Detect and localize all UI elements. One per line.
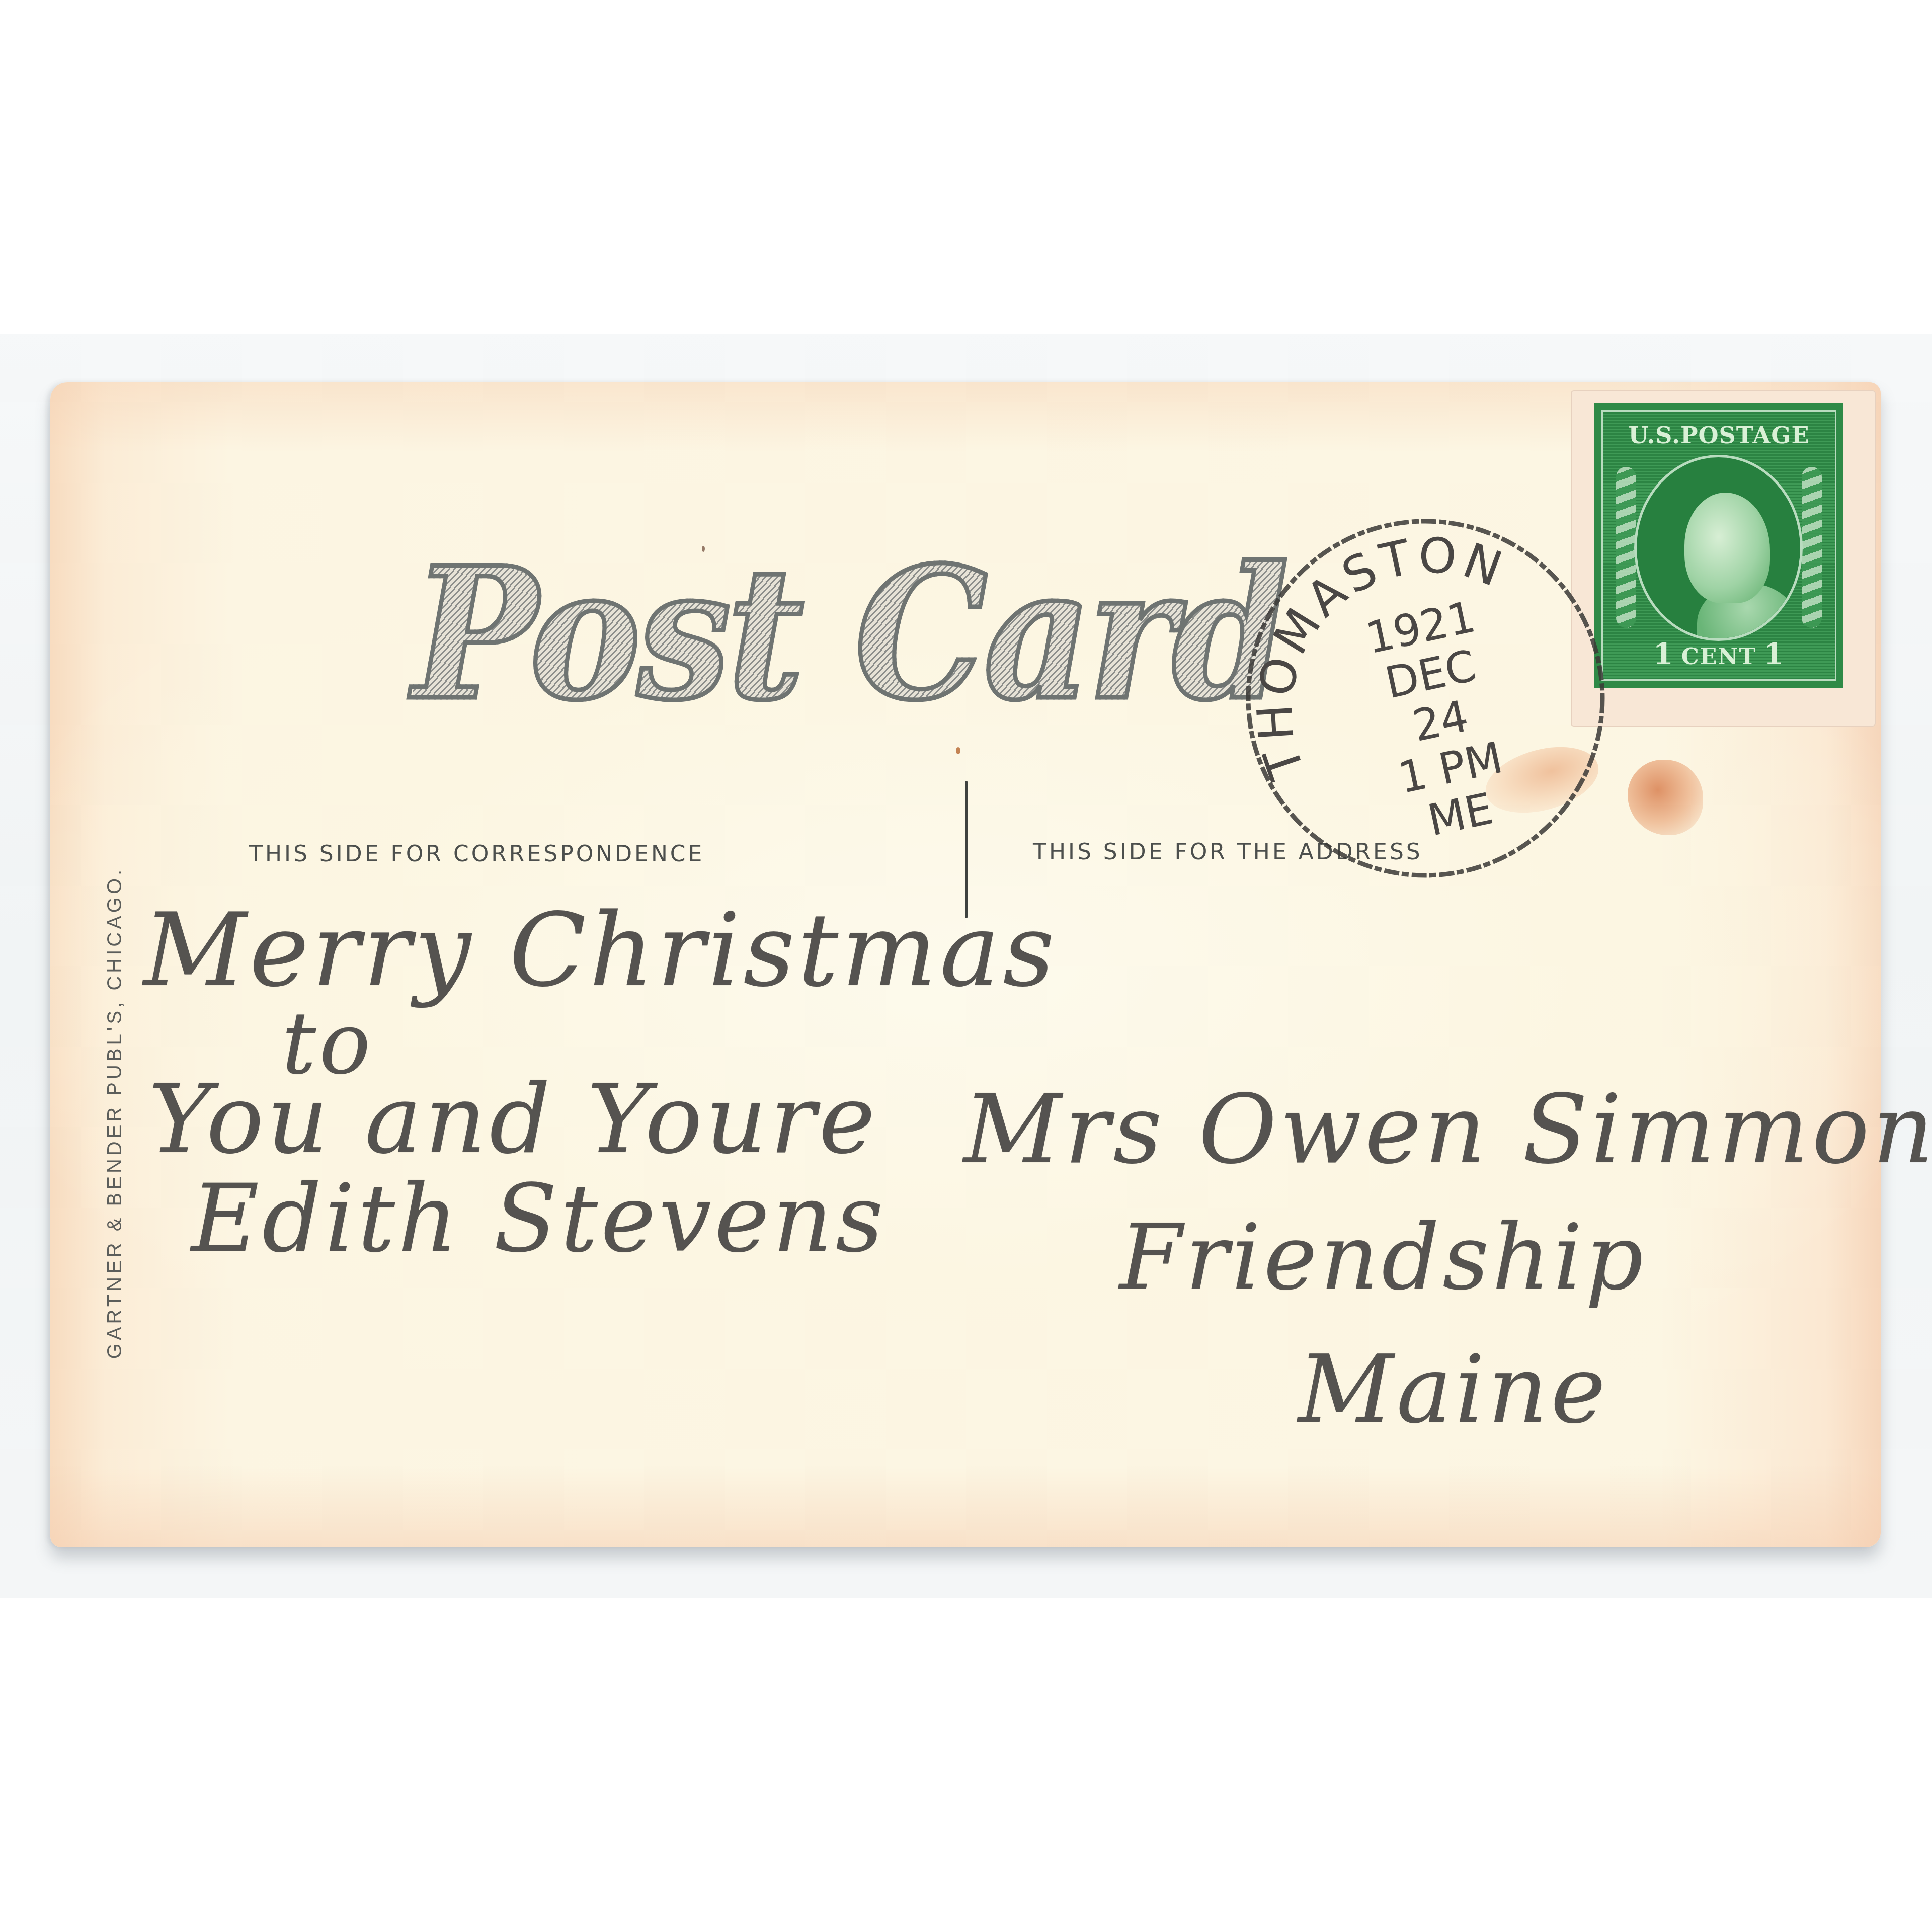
washington-profile-icon	[1684, 493, 1770, 603]
laurel-icon	[1616, 467, 1636, 628]
postcard-title: Post Card	[413, 543, 1285, 725]
stamp-value-right: 1	[1763, 637, 1785, 671]
message-line: You and Youre	[148, 1072, 878, 1167]
laurel-icon	[1802, 467, 1822, 628]
correspondence-heading: THIS SIDE FOR CORRESPONDENCE	[249, 843, 704, 865]
message-signature: Edith Stevens	[191, 1172, 887, 1265]
postmark-cancel: THOMASTON 1921 DEC 24 1 PM ME	[1244, 517, 1606, 879]
stamp-frame: U.S.POSTAGE 1CENT1	[1601, 410, 1836, 681]
address-town: Friendship	[1119, 1213, 1646, 1303]
ink-speck	[702, 546, 705, 552]
stamp-value-word: CENT	[1681, 644, 1757, 670]
message-line: Merry Christmas	[143, 901, 1058, 1001]
address-state: Maine	[1298, 1343, 1609, 1436]
stamp-top-text: U.S.POSTAGE	[1603, 422, 1835, 449]
portrait-oval	[1634, 455, 1803, 641]
stamp-value-left: 1	[1653, 637, 1674, 671]
stamp-denomination: 1CENT1	[1603, 637, 1835, 671]
postage-stamp: U.S.POSTAGE 1CENT1	[1594, 403, 1843, 688]
address-name: Mrs Owen Simmons	[963, 1082, 1932, 1177]
ink-speck	[956, 747, 960, 754]
publisher-imprint: GARTNER & BENDER PUBL'S, CHICAGO.	[105, 867, 125, 1359]
